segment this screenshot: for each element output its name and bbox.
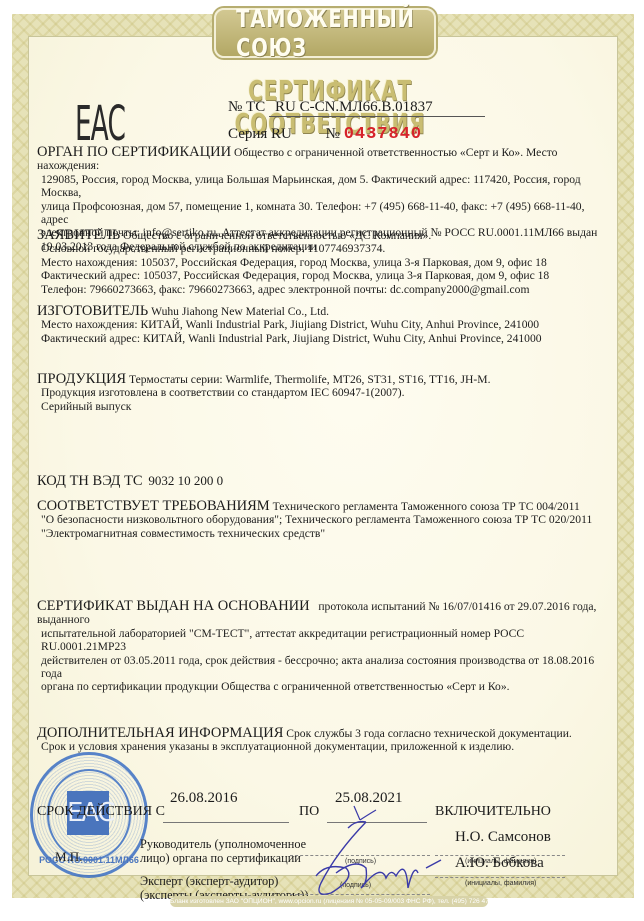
section-line: Место нахождения: 105037, Российская Фед… [41, 256, 612, 269]
section-product: ПРОДУКЦИЯ Термостаты серии: Warmlife, Th… [37, 373, 612, 413]
validity-from-label: СРОК ДЕЙСТВИЯ С [37, 804, 165, 820]
blank-print-info: Бланк изготовлен ЗАО "ОПЦИОН", www.opcio… [170, 896, 488, 907]
section-additional-info: ДОПОЛНИТЕЛЬНАЯ ИНФОРМАЦИЯ Срок службы 3 … [37, 727, 612, 754]
series-value: RU [271, 126, 292, 142]
certificate-number: № ТС RU C-CN.МЛ66.В.01837 [228, 99, 485, 117]
handwritten-signature-icon [296, 798, 486, 908]
expert-label-line: Эксперт (эксперт-аудитор) [140, 874, 309, 888]
section-conformity: СООТВЕТСТВУЕТ ТРЕБОВАНИЯМ Технического р… [37, 500, 612, 540]
validity-from-date: 26.08.2016 [170, 790, 238, 807]
certificate-number-label: № ТС [228, 99, 265, 115]
section-heading: ИЗГОТОВИТЕЛЬ [37, 303, 148, 319]
section-line: органа по сертификации продукции Обществ… [41, 680, 612, 693]
section-heading: ПРОДУКЦИЯ [37, 371, 126, 387]
head-label-line: лицо) органа по сертификации [140, 851, 306, 865]
section-line: испытательной лабораторией "СМ-ТЕСТ", ат… [41, 627, 612, 654]
hs-code-value: 9032 10 200 0 [148, 473, 223, 488]
section-line: Основной государственный регистрационный… [41, 242, 612, 255]
blank-number-value: 0437840 [344, 125, 422, 144]
section-heading: ОРГАН ПО СЕРТИФИКАЦИИ [37, 144, 231, 160]
section-line: "Электромагнитная совместимость техничес… [41, 527, 612, 540]
from-date-underline [163, 822, 289, 823]
section-line: Телефон: 79660273663, факс: 79660273663,… [41, 283, 612, 296]
section-text: Термостаты серии: Warmlife, Thermolife, … [129, 373, 490, 386]
section-text: Срок службы 3 года согласно технической … [286, 727, 572, 740]
section-manufacturer: ИЗГОТОВИТЕЛЬ Wuhu Jiahong New Material C… [37, 305, 612, 345]
head-label: Руководитель (уполномоченное лицо) орган… [140, 837, 306, 865]
section-heading: КОД ТН ВЭД ТС [37, 473, 143, 489]
section-line: 129085, Россия, город Москва, улица Боль… [41, 173, 612, 200]
section-text: Общество с ограниченной ответственностью… [123, 229, 431, 242]
section-line: действителен от 03.05.2011 года, срок де… [41, 654, 612, 681]
section-line: Продукция изготовлена в соответствии со … [41, 386, 612, 399]
section-heading: СООТВЕТСТВУЕТ ТРЕБОВАНИЯМ [37, 498, 270, 514]
section-line: Фактический адрес: КИТАЙ, Wanli Industri… [41, 332, 612, 345]
section-line: улица Профсоюзная, дом 57, помещение 1, … [41, 200, 612, 227]
series-label: Серия [228, 126, 267, 142]
section-text: Wuhu Jiahong New Material Co., Ltd. [151, 305, 329, 318]
customs-union-banner: ТАМОЖЕННЫЙ СОЮЗ [214, 8, 436, 58]
section-line: Фактический адрес: 105037, Российская Фе… [41, 269, 612, 282]
section-applicant: ЗАЯВИТЕЛЬ Общество с ограниченной ответс… [37, 229, 612, 296]
section-text: Технического регламента Таможенного союз… [273, 500, 580, 513]
section-heading: ЗАЯВИТЕЛЬ [37, 227, 120, 243]
stamp-place-label: М.П. [55, 850, 82, 864]
section-hs-code: КОД ТН ВЭД ТС 9032 10 200 0 [37, 474, 612, 488]
section-line: Место нахождения: КИТАЙ, Wanli Industria… [41, 318, 612, 331]
section-line: Срок и условия хранения указаны в эксплу… [41, 740, 612, 753]
certificate-number-value: RU C-CN.МЛ66.В.01837 [269, 99, 485, 117]
stamp-text: РОСС RU.0001.11МЛ66 [33, 855, 145, 865]
section-line: Серийный выпуск [41, 400, 612, 413]
head-label-line: Руководитель (уполномоченное [140, 837, 306, 851]
series-row: Серия RU № 0437840 [228, 125, 422, 144]
section-basis: СЕРТИФИКАТ ВЫДАН НА ОСНОВАНИИ протокола … [37, 600, 612, 694]
blank-number-label: № [326, 126, 340, 142]
section-heading: ДОПОЛНИТЕЛЬНАЯ ИНФОРМАЦИЯ [37, 725, 283, 741]
section-heading: СЕРТИФИКАТ ВЫДАН НА ОСНОВАНИИ [37, 598, 310, 614]
customs-union-text: ТАМОЖЕННЫЙ СОЮЗ [236, 4, 415, 62]
section-line: "О безопасности низковольтного оборудова… [41, 513, 612, 526]
